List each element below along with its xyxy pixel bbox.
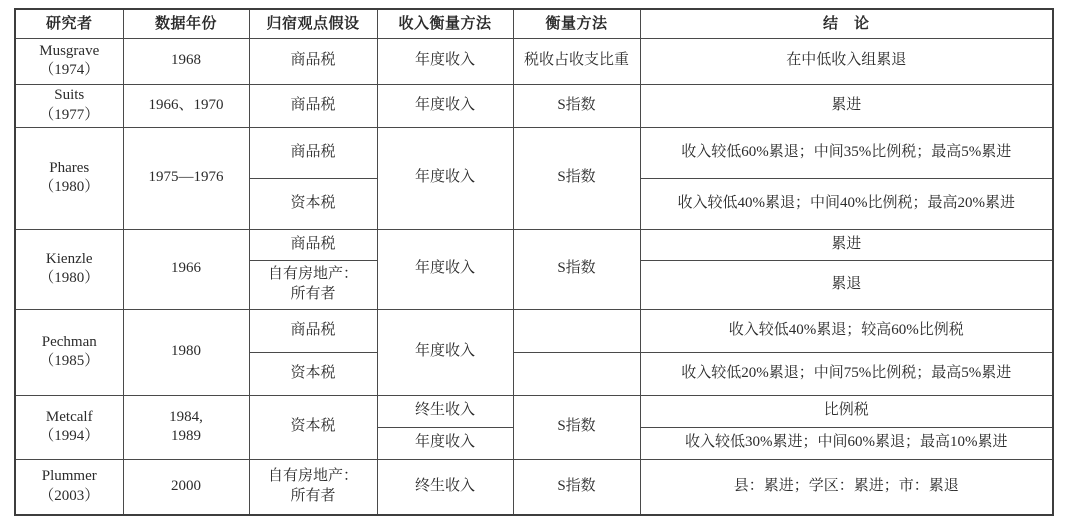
header-method: 衡量方法	[513, 9, 640, 38]
header-incidence: 归宿观点假设	[249, 9, 377, 38]
cell-pechman-income: 年度收入	[377, 309, 513, 395]
cell-metcalf-income-1: 终生收入	[377, 395, 513, 427]
cell-musgrave-income: 年度收入	[377, 38, 513, 84]
cell-plummer-income: 终生收入	[377, 459, 513, 515]
cell-kienzle-incidence-2: 自有房地产： 所有者	[249, 260, 377, 309]
table-row-phares-1: Phares （1980） 1975—1976 商品税 年度收入 S指数 收入较…	[15, 127, 1053, 178]
cell-kienzle-researcher: Kienzle （1980）	[15, 229, 123, 309]
cell-pechman-method-1	[513, 309, 640, 352]
cell-phares-method: S指数	[513, 127, 640, 229]
cell-kienzle-income: 年度收入	[377, 229, 513, 309]
header-row: 研究者 数据年份 归宿观点假设 收入衡量方法 衡量方法 结 论	[15, 9, 1053, 38]
table-row-suits: Suits （1977） 1966、1970 商品税 年度收入 S指数 累进	[15, 84, 1053, 127]
cell-musgrave-conclusion: 在中低收入组累退	[640, 38, 1053, 84]
page-sheet: 研究者 数据年份 归宿观点假设 收入衡量方法 衡量方法 结 论 Musgrave…	[0, 0, 1066, 516]
cell-plummer-conclusion: 县：累进；学区：累进；市：累退	[640, 459, 1053, 515]
cell-pechman-conclusion-1: 收入较低40%累退；较高60%比例税	[640, 309, 1053, 352]
cell-metcalf-researcher: Metcalf （1994）	[15, 395, 123, 459]
cell-plummer-researcher: Plummer （2003）	[15, 459, 123, 515]
header-income-measure: 收入衡量方法	[377, 9, 513, 38]
cell-kienzle-data-year: 1966	[123, 229, 249, 309]
cell-metcalf-data-year: 1984, 1989	[123, 395, 249, 459]
cell-suits-method: S指数	[513, 84, 640, 127]
cell-suits-data-year: 1966、1970	[123, 84, 249, 127]
cell-kienzle-incidence-1: 商品税	[249, 229, 377, 260]
cell-phares-income: 年度收入	[377, 127, 513, 229]
table-row-pechman-1: Pechman （1985） 1980 商品税 年度收入 收入较低40%累退；较…	[15, 309, 1053, 352]
cell-metcalf-method: S指数	[513, 395, 640, 459]
cell-plummer-method: S指数	[513, 459, 640, 515]
cell-phares-incidence-1: 商品税	[249, 127, 377, 178]
cell-phares-conclusion-1: 收入较低60%累退；中间35%比例税；最高5%累进	[640, 127, 1053, 178]
cell-pechman-incidence-1: 商品税	[249, 309, 377, 352]
header-data-year: 数据年份	[123, 9, 249, 38]
cell-metcalf-conclusion-1: 比例税	[640, 395, 1053, 427]
cell-phares-researcher: Phares （1980）	[15, 127, 123, 229]
cell-musgrave-researcher: Musgrave （1974）	[15, 38, 123, 84]
cell-pechman-conclusion-2: 收入较低20%累退；中间75%比例税；最高5%累进	[640, 352, 1053, 395]
table-row-musgrave: Musgrave （1974） 1968 商品税 年度收入 税收占收支比重 在中…	[15, 38, 1053, 84]
cell-kienzle-conclusion-1: 累进	[640, 229, 1053, 260]
table-row-plummer: Plummer （2003） 2000 自有房地产： 所有者 终生收入 S指数 …	[15, 459, 1053, 515]
table-row-kienzle-1: Kienzle （1980） 1966 商品税 年度收入 S指数 累进	[15, 229, 1053, 260]
cell-plummer-data-year: 2000	[123, 459, 249, 515]
table-row-metcalf-1: Metcalf （1994） 1984, 1989 资本税 终生收入 S指数 比…	[15, 395, 1053, 427]
cell-musgrave-data-year: 1968	[123, 38, 249, 84]
cell-phares-conclusion-2: 收入较低40%累退；中间40%比例税；最高20%累进	[640, 178, 1053, 229]
cell-pechman-incidence-2: 资本税	[249, 352, 377, 395]
cell-metcalf-income-2: 年度收入	[377, 427, 513, 459]
header-researcher: 研究者	[15, 9, 123, 38]
cell-kienzle-conclusion-2: 累退	[640, 260, 1053, 309]
cell-suits-researcher: Suits （1977）	[15, 84, 123, 127]
cell-pechman-data-year: 1980	[123, 309, 249, 395]
cell-pechman-method-2	[513, 352, 640, 395]
cell-phares-data-year: 1975—1976	[123, 127, 249, 229]
cell-musgrave-incidence: 商品税	[249, 38, 377, 84]
cell-suits-income: 年度收入	[377, 84, 513, 127]
cell-phares-incidence-2: 资本税	[249, 178, 377, 229]
cell-musgrave-method: 税收占收支比重	[513, 38, 640, 84]
cell-plummer-incidence: 自有房地产： 所有者	[249, 459, 377, 515]
cell-suits-incidence: 商品税	[249, 84, 377, 127]
incidence-studies-table: 研究者 数据年份 归宿观点假设 收入衡量方法 衡量方法 结 论 Musgrave…	[14, 8, 1054, 516]
cell-pechman-researcher: Pechman （1985）	[15, 309, 123, 395]
cell-suits-conclusion: 累进	[640, 84, 1053, 127]
cell-metcalf-incidence: 资本税	[249, 395, 377, 459]
cell-metcalf-conclusion-2: 收入较低30%累进；中间60%累退；最高10%累进	[640, 427, 1053, 459]
header-conclusion: 结 论	[640, 9, 1053, 38]
cell-kienzle-method: S指数	[513, 229, 640, 309]
